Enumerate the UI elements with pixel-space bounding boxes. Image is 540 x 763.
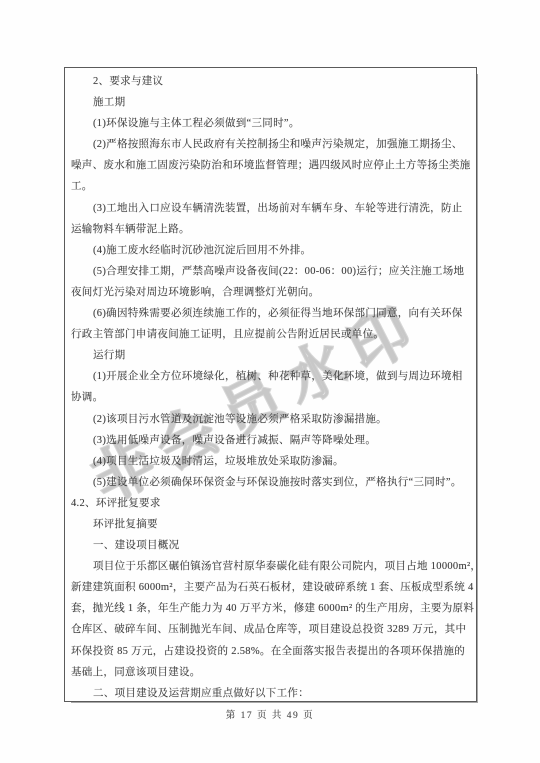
doc-line: 行政主管部门申请夜间施工证明，且应提前公告附近居民或单位。	[71, 324, 470, 345]
doc-line: 仓库区、破碎车间、压制抛光车间、成品仓库等，项目建设总投资 3289 万元，其中	[71, 619, 470, 640]
doc-line: (5)建设单位必须确保环保资金与环保设施按时落实到位，严格执行“三同时”。	[71, 472, 470, 493]
doc-line: 套，抛光线 1 条，年生产能力为 40 万平方米，修建 6000m² 的生产用房…	[71, 598, 470, 619]
doc-line: (1)环保设施与主体工程必须做到“三同时”。	[71, 113, 470, 134]
doc-line: 夜间灯光污染对周边环境影响，合理调整灯光朝向。	[71, 282, 470, 303]
doc-line: 工。	[71, 176, 470, 197]
doc-line: (3)工地出入口应设车辆清洗装置，出场前对车辆车身、车轮等进行清洗，防止	[71, 198, 470, 219]
doc-line: (1)开展企业全方位环境绿化，植树、种花种草，美化环境，做到与周边环境相	[71, 366, 470, 387]
scanned-document-page: 非会员水印 2、要求与建议 施工期 (1)环保设施与主体工程必须做到“三同时”。…	[0, 0, 540, 763]
doc-line: (4)项目生活垃圾及时清运，垃圾堆放处采取防渗漏。	[71, 451, 470, 472]
doc-line: 新建建筑面积 6000m²，主要产品为石英石板材，建设破碎系统 1 套、压板成型…	[71, 577, 470, 598]
doc-line: 4.2、环评批复要求	[71, 493, 470, 514]
doc-line: (2)该项目污水管道及沉淀池等设施必须严格采取防渗漏措施。	[71, 409, 470, 430]
doc-line: (2)严格按照海东市人民政府有关控制扬尘和噪声污染规定，加强施工期扬尘、	[71, 134, 470, 155]
doc-line: 二、项目建设及运营期应重点做好以下工作：	[71, 683, 470, 704]
doc-line: 2、要求与建议	[71, 71, 470, 92]
doc-line: 基础上，同意该项目建设。	[71, 662, 470, 683]
doc-line: 噪声、废水和施工固废污染防治和环境监督管理；遇四级风时应停止土方等扬尘类施	[71, 155, 470, 176]
page-number-footer: 第 17 页 共 49 页	[0, 707, 540, 721]
doc-line: 项目位于乐都区碾伯镇汤官营村原华泰碳化硅有限公司院内，项目占地 10000m²，	[71, 556, 470, 577]
document-content-table: 2、要求与建议 施工期 (1)环保设施与主体工程必须做到“三同时”。 (2)严格…	[64, 67, 477, 702]
doc-line: (4)施工废水经临时沉砂池沉淀后回用不外排。	[71, 240, 470, 261]
doc-line: 运行期	[71, 345, 470, 366]
doc-line: 环保投资 85 万元，占建设投资的 2.58%。在全面落实报告表提出的各项环保措…	[71, 641, 470, 662]
doc-line: (3)选用低噪声设备，噪声设备进行减振、隔声等降噪处理。	[71, 430, 470, 451]
doc-line: 施工期	[71, 92, 470, 113]
doc-line: 环评批复摘要	[71, 514, 470, 535]
doc-line: 一、建设项目概况	[71, 535, 470, 556]
doc-line: (5)合理安排工期，严禁高噪声设备夜间(22：00-06：00)运行；应关注施工…	[71, 261, 470, 282]
doc-line: (6)确因特殊需要必须连续施工作的，必须征得当地环保部门同意，向有关环保	[71, 303, 470, 324]
doc-line: 运输物料车辆带泥上路。	[71, 219, 470, 240]
doc-line: 协调。	[71, 387, 470, 408]
